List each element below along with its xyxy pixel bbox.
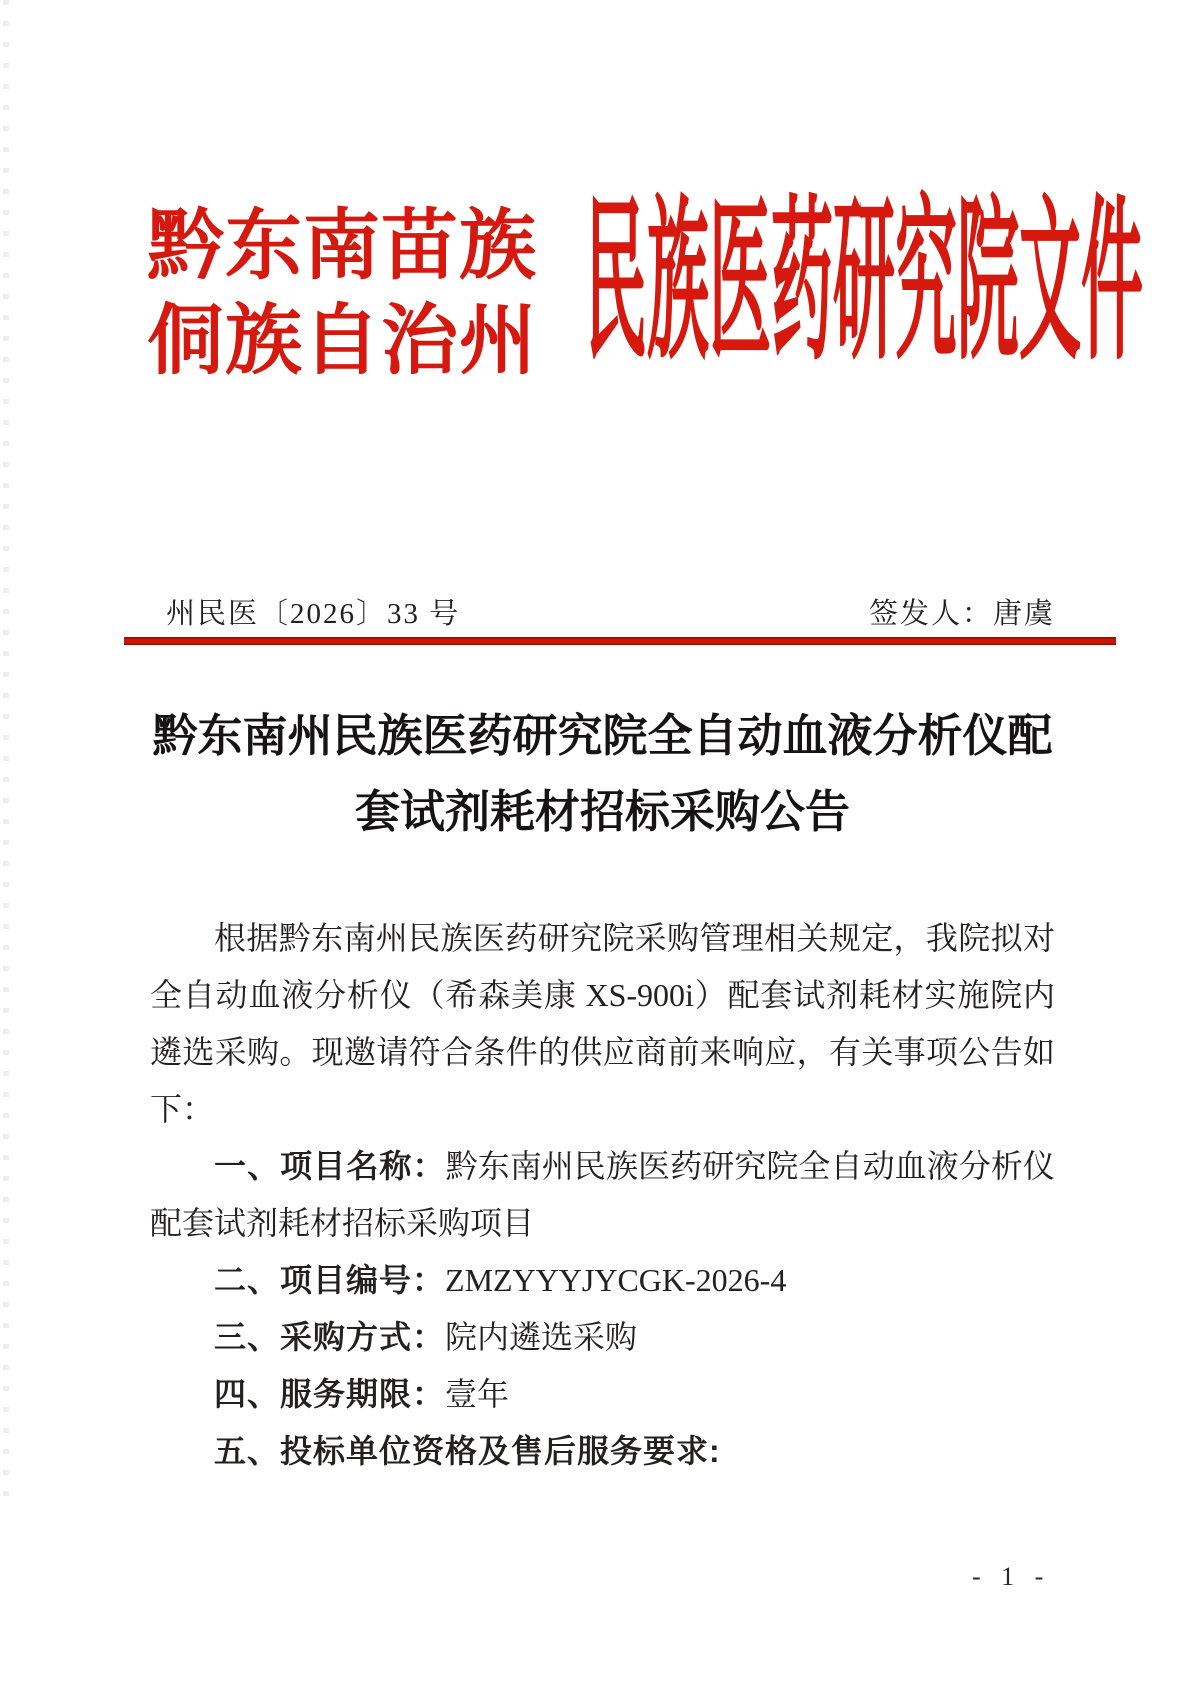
item-label: 四、服务期限： [214,1376,445,1412]
item-service-period: 四、服务期限：壹年 [150,1366,1055,1423]
letterhead-doc-suffix: 民族医药研究院文件 [585,197,1143,374]
letterhead-org-line1: 黔东南苗族 [147,199,539,294]
item-label: 三、采购方式： [214,1319,445,1355]
scan-edge-artifact [3,0,9,1500]
item-label: 五、投标单位资格及售后服务要求: [214,1433,721,1469]
item-value: 壹年 [445,1376,509,1412]
issuer-label: 签发人： [869,598,993,630]
doc-meta-row: 州民医〔2026〕33 号 签发人：唐虞 [150,594,1055,634]
document-body: 根据黔东南州民族医药研究院采购管理相关规定，我院拟对全自动血液分析仪（希森美康 … [150,910,1055,1480]
item-project-name: 一、项目名称：黔东南州民族医药研究院全自动血液分析仪配套试剂耗材招标采购项目 [150,1138,1055,1252]
letterhead-org-name: 黔东南苗族 侗族自治州 [147,199,539,389]
document-title-line1: 黔东南州民族医药研究院全自动血液分析仪配 [150,698,1055,774]
document-title-line2: 套试剂耗材招标采购公告 [150,774,1055,850]
item-label: 二、项目编号： [214,1262,445,1298]
intro-paragraph: 根据黔东南州民族医药研究院采购管理相关规定，我院拟对全自动血液分析仪（希森美康 … [150,910,1055,1138]
document-title: 黔东南州民族医药研究院全自动血液分析仪配 套试剂耗材招标采购公告 [150,698,1055,850]
doc-number: 州民医〔2026〕33 号 [150,594,460,634]
document-page: 黔东南苗族 侗族自治州 民族医药研究院文件 州民医〔2026〕33 号 签发人：… [0,0,1200,1699]
item-value: 院内遴选采购 [445,1319,637,1355]
item-label: 一、项目名称： [214,1148,446,1184]
issuer-name: 唐虞 [993,598,1055,630]
letterhead-org-line2: 侗族自治州 [147,294,539,389]
issuer: 签发人：唐虞 [869,594,1055,634]
item-procurement-method: 三、采购方式：院内遴选采购 [150,1309,1055,1366]
item-value: ZMZYYYJYCGK-2026-4 [445,1262,786,1298]
page-number: - 1 - [972,1562,1050,1592]
red-separator-rule [124,637,1116,645]
item-bidder-qualifications: 五、投标单位资格及售后服务要求: [150,1423,1055,1480]
item-project-number: 二、项目编号：ZMZYYYJYCGK-2026-4 [150,1252,1055,1309]
